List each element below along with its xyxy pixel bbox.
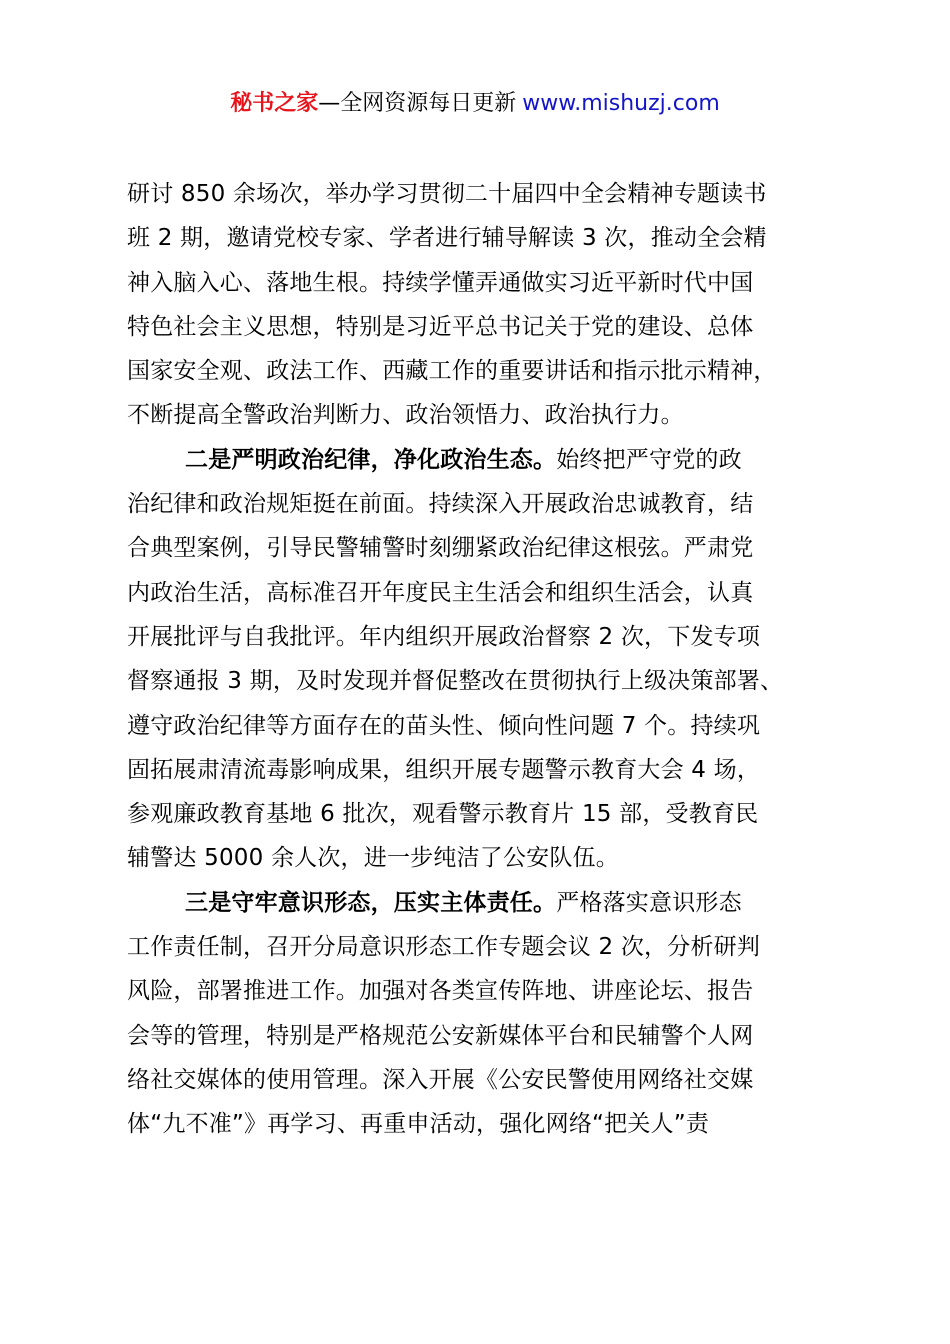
- text-line: 风险，部署推进工作。加强对各类宣传阵地、讲座论坛、报告: [127, 969, 847, 1013]
- text-line: 开展批评与自我批评。年内组织开展政治督察 2 次，下发专项: [127, 615, 847, 659]
- site-url-link[interactable]: www.mishuzj.com: [522, 91, 719, 116]
- text-line: 固拓展肃清流毒影响成果，组织开展专题警示教育大会 4 场，: [127, 748, 847, 792]
- text-line: 始终把严守党的政: [556, 447, 742, 473]
- site-tagline: —全网资源每日更新: [318, 91, 516, 116]
- section-start-line: 二是严明政治纪律，净化政治生态。始终把严守党的政: [127, 438, 847, 482]
- text-line: 治纪律和政治规矩挺在前面。持续深入开展政治忠诚教育，结: [127, 482, 847, 526]
- text-line: 工作责任制，召开分局意识形态工作专题会议 2 次，分析研判: [127, 925, 847, 969]
- section-start-line: 三是守牢意识形态，压实主体责任。严格落实意识形态: [127, 881, 847, 925]
- section-heading: 三是守牢意识形态，压实主体责任。: [185, 890, 556, 916]
- text-line: 合典型案例，引导民警辅警时刻绷紧政治纪律这根弦。严肃党: [127, 526, 847, 570]
- text-line: 不断提高全警政治判断力、政治领悟力、政治执行力。: [127, 393, 847, 437]
- text-line: 研讨 850 余场次，举办学习贯彻二十届四中全会精神专题读书: [127, 172, 847, 216]
- text-line: 会等的管理，特别是严格规范公安新媒体平台和民辅警个人网: [127, 1014, 847, 1058]
- text-line: 神入脑入心、落地生根。持续学懂弄通做实习近平新时代中国: [127, 261, 847, 305]
- text-line: 严格落实意识形态: [556, 890, 742, 916]
- page-header: 秘书之家—全网资源每日更新www.mishuzj.com: [0, 88, 950, 120]
- text-line: 络社交媒体的使用管理。深入开展《公安民警使用网络社交媒: [127, 1058, 847, 1102]
- text-line: 辅警达 5000 余人次，进一步纯洁了公安队伍。: [127, 836, 847, 880]
- text-line: 班 2 期，邀请党校专家、学者进行辅导解读 3 次，推动全会精: [127, 216, 847, 260]
- text-line: 国家安全观、政法工作、西藏工作的重要讲话和指示批示精神，: [127, 349, 847, 393]
- text-line: 督察通报 3 期，及时发现并督促整改在贯彻执行上级决策部署、: [127, 659, 847, 703]
- section-heading: 二是严明政治纪律，净化政治生态。: [185, 447, 556, 473]
- text-line: 内政治生活，高标准召开年度民主生活会和组织生活会，认真: [127, 571, 847, 615]
- text-line: 参观廉政教育基地 6 批次，观看警示教育片 15 部，受教育民: [127, 792, 847, 836]
- text-line: 特色社会主义思想，特别是习近平总书记关于党的建设、总体: [127, 305, 847, 349]
- text-line: 遵守政治纪律等方面存在的苗头性、倾向性问题 7 个。持续巩: [127, 704, 847, 748]
- site-brand: 秘书之家: [230, 91, 318, 116]
- text-line: 体“九不准”》再学习、再重申活动，强化网络“把关人”责: [127, 1102, 847, 1146]
- document-body: 研讨 850 余场次，举办学习贯彻二十届四中全会精神专题读书 班 2 期，邀请党…: [127, 172, 847, 1147]
